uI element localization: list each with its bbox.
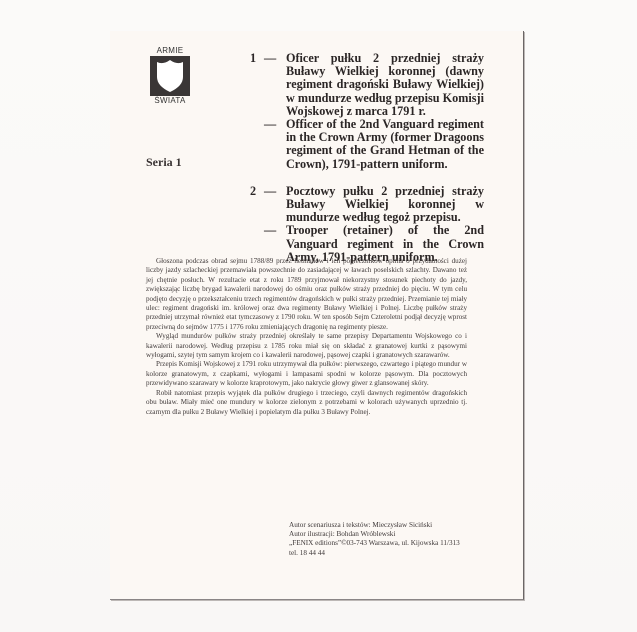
body-paragraph: Robił natomiast przepis wyjątek dla pułk… bbox=[146, 389, 467, 417]
credit-publisher: „FENIX editions”©03-743 Warszawa, ul. Ki… bbox=[289, 539, 519, 548]
caption-entry-1: 1 — Oficer pułku 2 przedniej straży Buła… bbox=[250, 52, 484, 171]
caption-polish: Pocztowy pułku 2 przedniej straży Buławy… bbox=[286, 185, 484, 225]
dash: — bbox=[264, 118, 286, 171]
credits: Autor scenariusza i tekstów: Mieczysław … bbox=[289, 521, 519, 558]
body-paragraph: Wygląd mundurów pułków straży przedniej … bbox=[146, 332, 467, 360]
dash: — bbox=[264, 52, 286, 118]
logo-box bbox=[150, 56, 190, 96]
caption-polish: Oficer pułku 2 przedniej straży Buławy W… bbox=[286, 52, 484, 118]
info-card: ARMIE ŚWIATA Seria 1 1 — Oficer pułku 2 … bbox=[110, 31, 524, 600]
publisher-logo: ARMIE ŚWIATA bbox=[144, 46, 196, 106]
body-paragraph: Głoszona podczas obrad sejmu 1788/89 prz… bbox=[146, 257, 467, 332]
historical-description: Głoszona podczas obrad sejmu 1788/89 prz… bbox=[146, 257, 467, 417]
dash: — bbox=[264, 185, 286, 225]
entry-number: 2 bbox=[250, 185, 264, 225]
logo-top-text: ARMIE bbox=[144, 46, 196, 56]
caption-english: Officer of the 2nd Vanguard regiment in … bbox=[286, 118, 484, 171]
logo-bottom-text: ŚWIATA bbox=[144, 96, 196, 106]
series-label: Seria 1 bbox=[146, 155, 182, 170]
shield-icon bbox=[155, 59, 185, 93]
credit-phone: tel. 18 44 44 bbox=[289, 549, 519, 558]
plate-captions: 1 — Oficer pułku 2 przedniej straży Buła… bbox=[250, 52, 484, 264]
body-paragraph: Przepis Komisji Wojskowej z 1791 roku ut… bbox=[146, 360, 467, 388]
entry-number: 1 bbox=[250, 52, 264, 118]
credit-illustrator: Autor ilustracji: Bohdan Wróblewski bbox=[289, 530, 519, 539]
credit-author-text: Autor scenariusza i tekstów: Mieczysław … bbox=[289, 521, 519, 530]
caption-entry-2: 2 — Pocztowy pułku 2 przedniej straży Bu… bbox=[250, 185, 484, 264]
